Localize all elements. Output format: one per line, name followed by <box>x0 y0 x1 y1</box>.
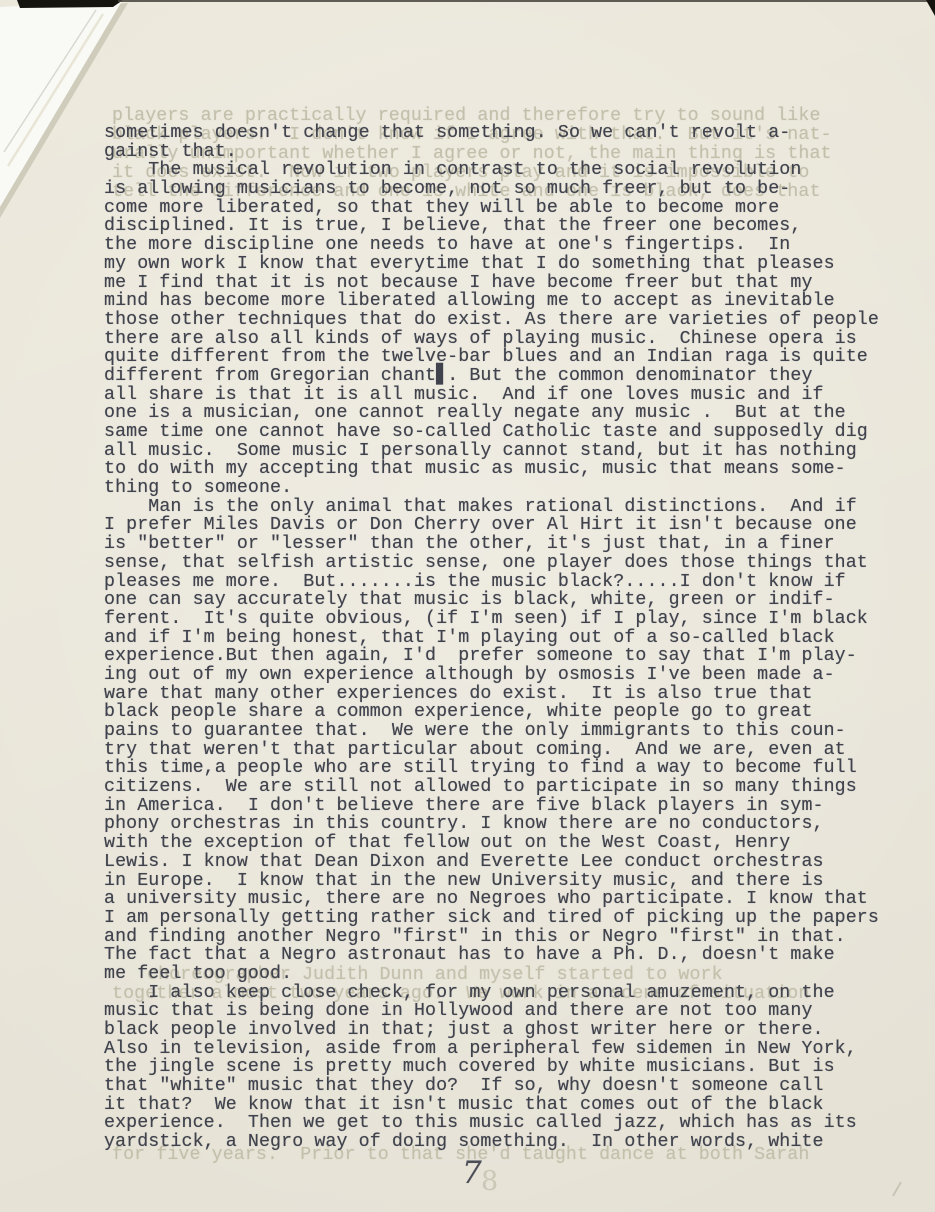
text-line: that "white" music that they do? If so, … <box>104 1077 904 1096</box>
text-line: ware that many other experiences do exis… <box>104 685 904 704</box>
text-line: yardstick, a Negro way of doing somethin… <box>104 1133 904 1152</box>
text-line: is allowing musicians to become, not so … <box>104 180 904 199</box>
text-line: black people share a common experience, … <box>104 703 904 722</box>
text-line: me feel too good. <box>104 965 904 984</box>
text-line: ferent. It's quite obvious, (if I'm seen… <box>104 610 904 629</box>
text-line: come more liberated, so that they will b… <box>104 199 904 218</box>
text-line: thing to someone. <box>104 479 904 498</box>
text-line: ing out of my own experience although by… <box>104 666 904 685</box>
text-line: those other techniques that do exist. As… <box>104 311 904 330</box>
typed-text-block: sometimes doesn't change that something.… <box>104 124 904 1152</box>
bleedthrough-page-number: 8 <box>481 1166 498 1197</box>
text-line: pleases me more. But.......is the music … <box>104 573 904 592</box>
typewritten-page: players are practically required and the… <box>0 0 935 1212</box>
text-line: me I find that it is not because I have … <box>104 274 904 293</box>
text-line: Lewis. I know that Dean Dixon and Everet… <box>104 853 904 872</box>
text-line: phony orchestras in this country. I know… <box>104 815 904 834</box>
page-number: 7 <box>462 1155 482 1191</box>
text-line: in Europe. I know that in the new Univer… <box>104 872 904 891</box>
text-line: a university music, there are no Negroes… <box>104 890 904 909</box>
text-line: the more discipline one needs to have at… <box>104 236 904 255</box>
text-line: black people involved in that; just a gh… <box>104 1021 904 1040</box>
text-line: Also in television, aside from a periphe… <box>104 1040 904 1059</box>
text-line: Man is the only animal that makes ration… <box>104 498 904 517</box>
text-line: this time,a people who are still trying … <box>104 759 904 778</box>
text-line: different from Gregorian chant▋. But the… <box>104 367 904 386</box>
text-line: same time one cannot have so-called Cath… <box>104 423 904 442</box>
text-line: disciplined. It is true, I believe, that… <box>104 217 904 236</box>
text-line: my own work I know that everytime that I… <box>104 255 904 274</box>
text-line: citizens. We are still not allowed to pa… <box>104 778 904 797</box>
text-line: pains to guarantee that. We were the onl… <box>104 722 904 741</box>
scan-scratch <box>893 1182 901 1196</box>
text-line: there are also all kinds of ways of play… <box>104 330 904 349</box>
text-line: it that? We know that it isn't music tha… <box>104 1096 904 1115</box>
text-line: all music. Some music I personally canno… <box>104 442 904 461</box>
text-line: and if I'm being honest, that I'm playin… <box>104 629 904 648</box>
text-line: I am personally getting rather sick and … <box>104 909 904 928</box>
text-line: is "better" or "lesser" than the other, … <box>104 535 904 554</box>
text-line: sometimes doesn't change that something.… <box>104 124 904 143</box>
scan-top-edge-line <box>118 0 935 2</box>
text-line: music that is being done in Hollywood an… <box>104 1002 904 1021</box>
text-line: all share is that it is all music. And i… <box>104 386 904 405</box>
text-line: I also keep close check, for my own pers… <box>104 984 904 1003</box>
text-line: the jingle scene is pretty much covered … <box>104 1058 904 1077</box>
text-line: The musical revolution in contrast to th… <box>104 161 904 180</box>
text-line: experience. Then we get to this music ca… <box>104 1114 904 1133</box>
text-line: try that weren't that particular about c… <box>104 741 904 760</box>
scan-corner-notch <box>926 0 935 16</box>
text-line: one is a musician, one cannot really neg… <box>104 404 904 423</box>
text-line: The fact that a Negro astronaut has to h… <box>104 946 904 965</box>
text-line: and finding another Negro "first" in thi… <box>104 928 904 947</box>
text-line: I prefer Miles Davis or Don Cherry over … <box>104 516 904 535</box>
text-line: to do with my accepting that music as mu… <box>104 460 904 479</box>
text-line: in America. I don't believe there are fi… <box>104 797 904 816</box>
text-line: quite different from the twelve-bar blue… <box>104 348 904 367</box>
text-line: with the exception of that fellow out on… <box>104 834 904 853</box>
text-line: mind has become more liberated allowing … <box>104 292 904 311</box>
text-line: gainst that. <box>104 143 904 162</box>
scan-black-wedge <box>17 0 123 8</box>
text-line: experience.But then again, I'd prefer so… <box>104 647 904 666</box>
text-line: sense, that selfish artistic sense, one … <box>104 554 904 573</box>
text-line: one can say accurately that music is bla… <box>104 591 904 610</box>
